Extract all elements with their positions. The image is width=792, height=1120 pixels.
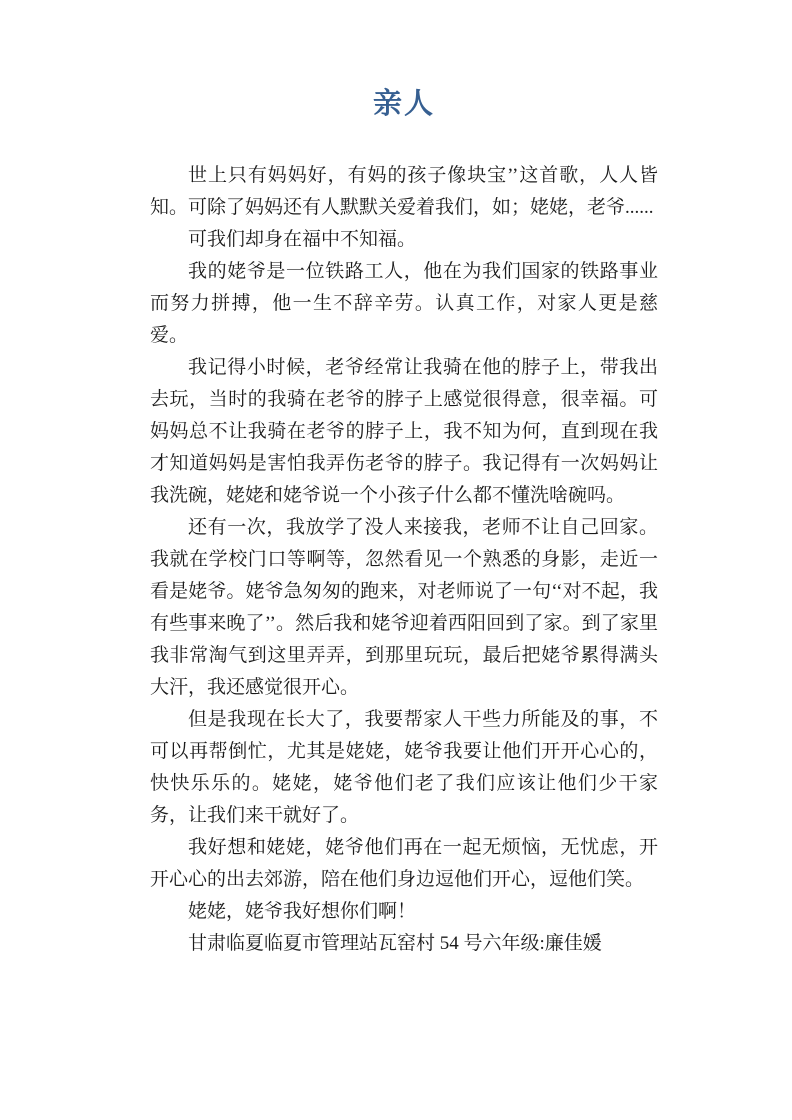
document-body: 世上只有妈妈好，有妈的孩子像块宝’’这首歌，人人皆知。可除了妈妈还有人默默关爱着… — [150, 160, 658, 960]
paragraph-childhood: 我记得小时候，老爷经常让我骑在他的脖子上，带我出去玩，当时的我骑在老爷的脖子上感… — [150, 352, 658, 512]
page-title: 亲人 — [150, 84, 658, 124]
paragraph-grown-up: 但是我现在长大了，我要帮家人干些力所能及的事，不可以再帮倒忙，尤其是姥姥，姥爷我… — [150, 704, 658, 832]
paragraph-intro: 世上只有妈妈好，有妈的孩子像块宝’’这首歌，人人皆知。可除了妈妈还有人默默关爱着… — [150, 160, 658, 224]
paragraph-wish: 我好想和姥姥，姥爷他们再在一起无烦恼，无忧虑，开开心心的出去郊游，陪在他们身边逗… — [150, 832, 658, 896]
paragraph-missing: 姥姥，姥爷我好想你们啊！ — [150, 896, 658, 928]
paragraph-blessing: 可我们却身在福中不知福。 — [150, 224, 658, 256]
document-content: 亲人 世上只有妈妈好，有妈的孩子像块宝’’这首歌，人人皆知。可除了妈妈还有人默默… — [150, 84, 658, 960]
paragraph-signature: 甘肃临夏临夏市管理站瓦窑村 54 号六年级:廉佳媛 — [150, 928, 658, 960]
paragraph-school-pickup: 还有一次，我放学了没人来接我，老师不让自己回家。我就在学校门口等啊等，忽然看见一… — [150, 512, 658, 704]
paragraph-grandpa-job: 我的姥爷是一位铁路工人，他在为我们国家的铁路事业而努力拼搏，他一生不辞辛劳。认真… — [150, 256, 658, 352]
document-page: 亲人 世上只有妈妈好，有妈的孩子像块宝’’这首歌，人人皆知。可除了妈妈还有人默默… — [0, 0, 792, 1120]
